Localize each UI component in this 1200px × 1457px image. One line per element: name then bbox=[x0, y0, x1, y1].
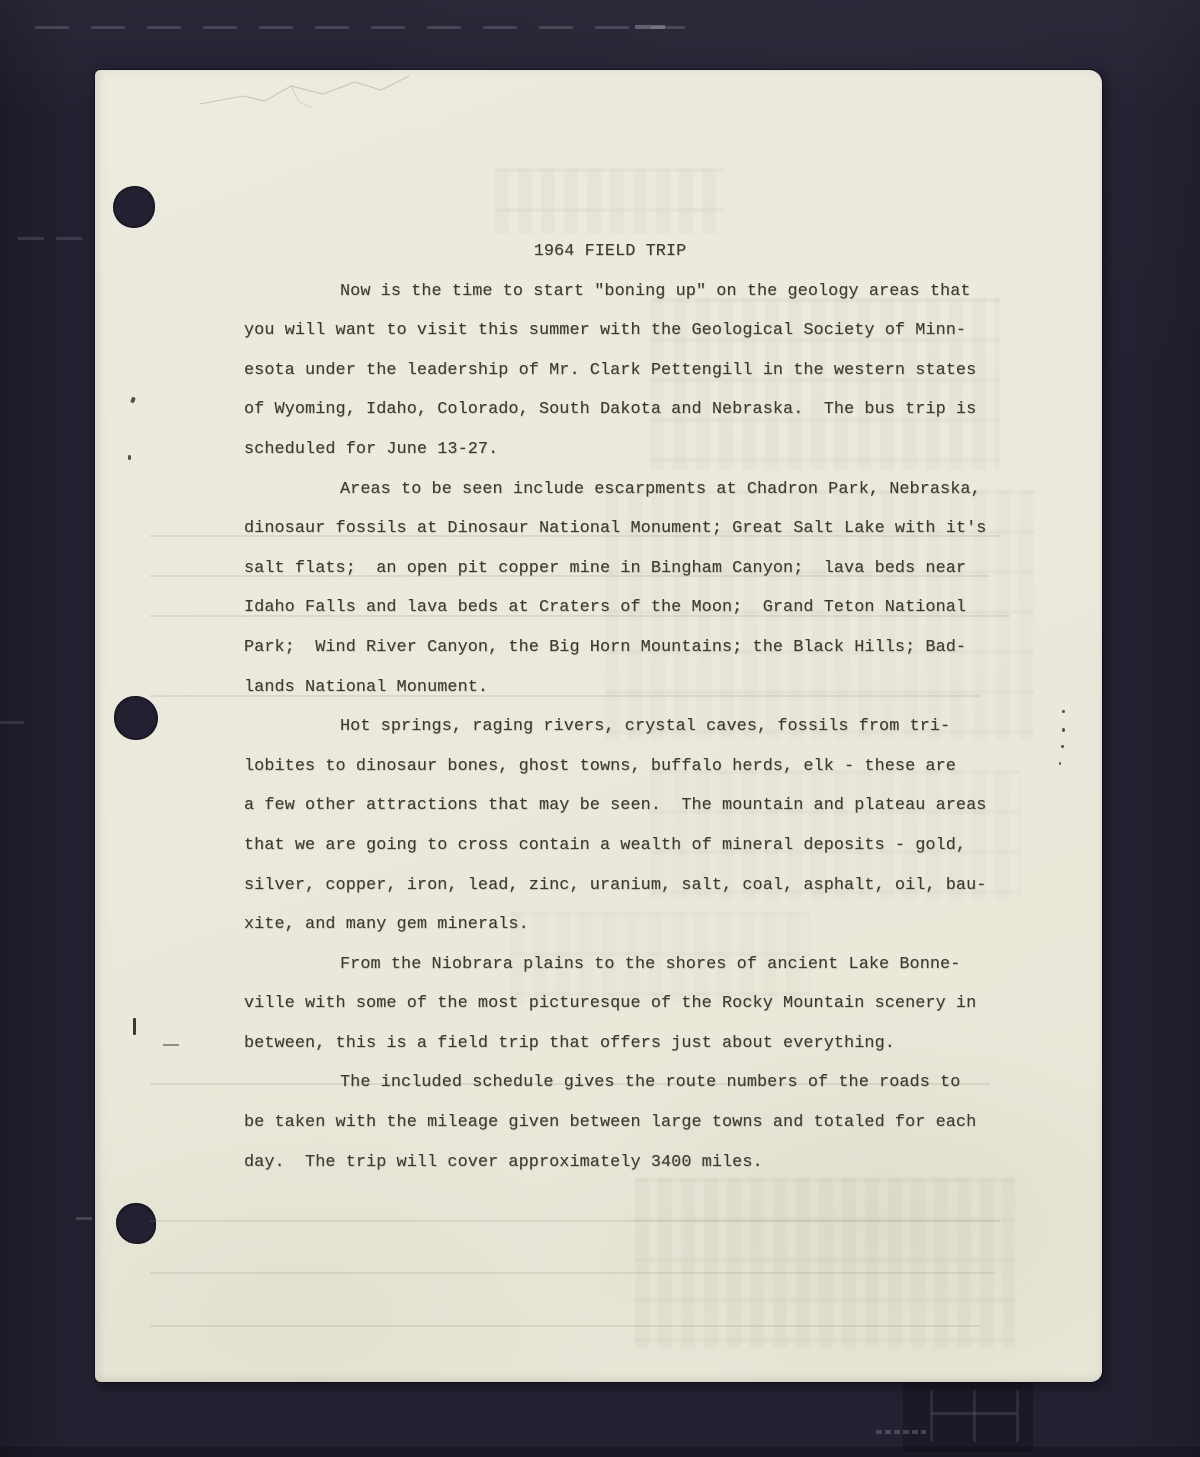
text-line: be taken with the mileage given between … bbox=[244, 1103, 976, 1143]
text-line: Areas to be seen include escarpments at … bbox=[244, 470, 976, 510]
text-line: you will want to visit this summer with … bbox=[244, 311, 976, 351]
scanner-background: 1964 FIELD TRIP Now is the time to start… bbox=[0, 0, 1200, 1457]
ink-speck bbox=[1062, 710, 1065, 713]
stray-pen-mark bbox=[133, 1018, 136, 1035]
stray-pen-mark bbox=[163, 1044, 179, 1046]
text-line: a few other attractions that may be seen… bbox=[244, 786, 976, 826]
bleed-through-rule bbox=[150, 1272, 995, 1274]
scanner-dash-mark bbox=[635, 25, 665, 29]
ink-speck bbox=[130, 396, 136, 403]
bleed-through-rule bbox=[150, 1220, 1000, 1222]
text-line: of Wyoming, Idaho, Colorado, South Dakot… bbox=[244, 390, 976, 430]
text-line: From the Niobrara plains to the shores o… bbox=[244, 945, 976, 985]
text-line: lands National Monument. bbox=[244, 668, 976, 708]
ink-speck bbox=[1061, 745, 1064, 748]
scanner-label-mark bbox=[876, 1430, 926, 1434]
text-line: xite, and many gem minerals. bbox=[244, 905, 976, 945]
punch-hole-top bbox=[113, 186, 155, 228]
ink-speck bbox=[1059, 762, 1061, 765]
scanner-dash-mark bbox=[18, 237, 90, 240]
text-line: esota under the leadership of Mr. Clark … bbox=[244, 351, 976, 391]
text-line: ville with some of the most picturesque … bbox=[244, 984, 976, 1024]
punch-hole-middle bbox=[114, 696, 158, 740]
text-line: silver, copper, iron, lead, zinc, uraniu… bbox=[244, 866, 976, 906]
text-line: lobites to dinosaur bones, ghost towns, … bbox=[244, 747, 976, 787]
tab-line bbox=[1016, 1390, 1019, 1442]
punch-hole-bottom bbox=[116, 1203, 156, 1244]
scanner-dash-mark bbox=[76, 1217, 92, 1220]
tab-line bbox=[931, 1412, 1017, 1415]
document-text: 1964 FIELD TRIP Now is the time to start… bbox=[244, 232, 976, 1182]
scanner-calibration-dashes bbox=[35, 26, 685, 29]
scanner-hardware-tabs bbox=[903, 1382, 1033, 1452]
text-line: dinosaur fossils at Dinosaur National Mo… bbox=[244, 509, 976, 549]
bleed-through-smudge bbox=[495, 168, 725, 234]
text-line: that we are going to cross contain a wea… bbox=[244, 826, 976, 866]
text-line: salt flats; an open pit copper mine in B… bbox=[244, 549, 976, 589]
text-line: Idaho Falls and lava beds at Craters of … bbox=[244, 588, 976, 628]
document-page: 1964 FIELD TRIP Now is the time to start… bbox=[95, 70, 1102, 1382]
text-line: between, this is a field trip that offer… bbox=[244, 1024, 976, 1064]
text-line: Hot springs, raging rivers, crystal cave… bbox=[244, 707, 976, 747]
document-title: 1964 FIELD TRIP bbox=[244, 232, 976, 272]
text-line: day. The trip will cover approximately 3… bbox=[244, 1143, 976, 1183]
ink-speck bbox=[128, 455, 131, 460]
paper-crease bbox=[195, 72, 425, 127]
text-line: Park; Wind River Canyon, the Big Horn Mo… bbox=[244, 628, 976, 668]
ink-speck bbox=[1062, 728, 1065, 732]
scanner-dash-mark bbox=[0, 721, 24, 724]
document-body: Now is the time to start "boning up" on … bbox=[244, 272, 976, 1183]
tab-line bbox=[930, 1390, 933, 1442]
bleed-through-smudge bbox=[635, 1178, 1015, 1348]
text-line: scheduled for June 13-27. bbox=[244, 430, 976, 470]
text-line: The included schedule gives the route nu… bbox=[244, 1063, 976, 1103]
tab-line bbox=[973, 1390, 976, 1442]
text-line: Now is the time to start "boning up" on … bbox=[244, 272, 976, 312]
bleed-through-rule bbox=[150, 1325, 980, 1327]
